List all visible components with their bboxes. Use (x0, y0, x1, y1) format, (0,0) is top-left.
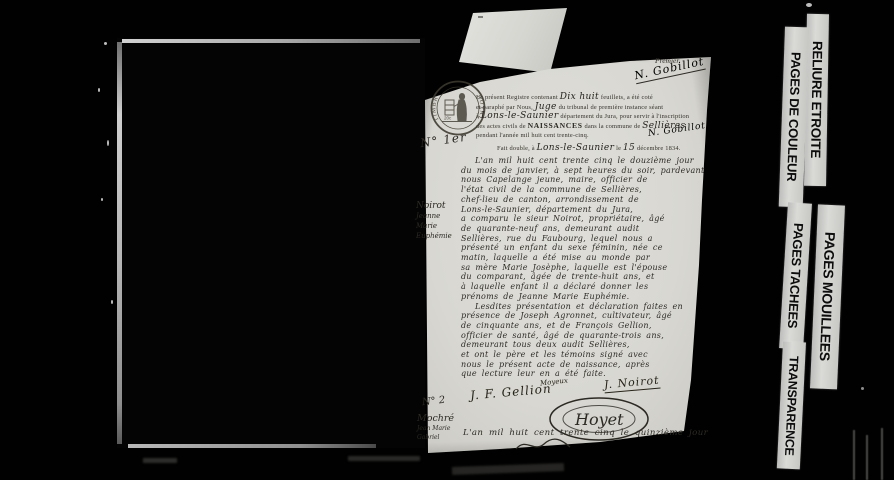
act2-margin-name: MochréJean MarieGabriel (417, 413, 469, 442)
handwritten-line: du comparant, âgée de trente-huit ans, e… (461, 272, 695, 282)
handwritten-line: Lons-le-Saunier, département du Jura, (461, 205, 695, 215)
dust-speck (107, 140, 109, 146)
paper-tab-mark (478, 16, 483, 18)
handwritten-fill: Lons-le-Saunier (537, 143, 615, 153)
margin-name-line: Noirot (416, 201, 466, 211)
book-bottom-edge (128, 444, 376, 448)
handwritten-line: de quarante-neuf ans, demeurant audit (461, 224, 695, 234)
scan-artifact-line (881, 428, 883, 480)
dust-speck (101, 198, 103, 201)
handwritten-line: de cinquante ans, et de François Gellion… (461, 321, 695, 331)
handwritten-line: sa mère Marie Josèphe, laquelle est l'ép… (461, 263, 695, 273)
dust-speck (104, 42, 107, 45)
header-line: des actes civils de NAISSANCES dans la c… (476, 115, 704, 125)
handwritten-line: a comparu le sieur Noirot, propriétaire,… (461, 214, 695, 224)
handwritten-line: Sellières, rue du Faubourg, lequel nous … (461, 234, 695, 244)
handwritten-line: chef-lieu de canton, arrondissement de (461, 195, 695, 205)
header-line: à Lons-le-Saunier département du Jura, p… (476, 105, 704, 115)
handwritten-fill: 15 (623, 143, 635, 153)
margin-name-line: Euphémie (416, 231, 466, 241)
book-left-edge (117, 42, 122, 444)
printed-text: Fait double, à (497, 145, 537, 152)
handwritten-line: du mois de janvier, à sept heures du soi… (461, 166, 695, 176)
handwritten-line: et ont le père et les témoins signé avec (461, 350, 695, 360)
printed-text: décembre 1834. (635, 145, 680, 152)
handwritten-line: présenté un enfant du sexe féminin, née … (461, 243, 695, 253)
handwritten-line: que lecture leur en a été faite. (461, 369, 695, 379)
handwritten-line: L'an mil huit cent trente cinq le douziè… (461, 156, 695, 166)
page-under-edge (452, 463, 564, 475)
condition-label-pages-tachees: PAGES TACHEES (779, 202, 812, 349)
scan-artifact-line (866, 435, 868, 480)
ink-flourish-icon (514, 437, 572, 455)
handwritten-line: l'état civil de la commune de Sellières, (461, 185, 695, 195)
stamp-text-left: TIMBRE (429, 79, 441, 122)
book-top-edge (122, 39, 420, 43)
handwritten-line: nous le présent acte de naissance, après (461, 360, 695, 370)
svg-text:TIMBRE: TIMBRE (429, 79, 441, 122)
condition-label-pages-mouillees: PAGES MOUILLEES (810, 204, 845, 389)
dust-speck (98, 88, 100, 92)
margin-name-line: Jeanne (416, 211, 466, 221)
birth-act-text: L'an mil huit cent trente cinq le douziè… (461, 156, 695, 379)
margin-name-line: Mochré (417, 413, 469, 425)
handwritten-line: Lesdites présentation et déclaration fai… (461, 302, 695, 312)
condition-label-transparence: TRANSPARENCE (777, 341, 806, 469)
fait-line: Fait double, à Lons-le-Saunier le 15 déc… (497, 137, 707, 147)
header-line: Le présent Registre contenant Dix huit f… (476, 86, 704, 96)
handwritten-line: demeurant tous deux audit Sellières, (461, 340, 695, 350)
dust-speck (806, 3, 812, 7)
dust-speck (861, 387, 864, 390)
dust-speck (111, 300, 113, 304)
handwritten-line: matin, laquelle a été mise au monde par (461, 253, 695, 263)
margin-name-line: Marie (416, 221, 466, 231)
left-dark-page (117, 38, 425, 448)
scan-smudge (348, 456, 420, 461)
handwritten-line: nous Capelange jeune, maire, officier de (461, 175, 695, 185)
act1-margin-name: NoirotJeanneMarieEuphémie (416, 201, 466, 241)
printed-text: dans la commune de (583, 123, 643, 130)
stamp-value: 20c (444, 116, 452, 121)
signature-paraph-text: Hoyet (574, 410, 624, 429)
handwritten-line: prénoms de Jeanne Marie Euphémie. (461, 292, 695, 302)
margin-name-line: Jean Marie (417, 425, 469, 434)
printed-text: le (614, 145, 623, 152)
header-line: et paraphé par Nous, Juge du tribunal de… (476, 96, 704, 106)
handwritten-line: officier de santé, âgé de quarante-trois… (461, 331, 695, 341)
fait-double-line: Fait double, à Lons-le-Saunier le 15 déc… (497, 137, 707, 147)
handwritten-line: présence de Joseph Agronnet, cultivateur… (461, 311, 695, 321)
scan-smudge (143, 458, 177, 463)
scan-artifact-line (853, 430, 855, 480)
margin-name-line: Gabriel (417, 434, 469, 443)
handwritten-line: à laquelle enfant il a déclaré donner le… (461, 282, 695, 292)
paper-tab (452, 4, 574, 78)
archival-scan: Premier, N. Gobillot TIMBRE ROYAL 20c Le… (0, 0, 894, 480)
